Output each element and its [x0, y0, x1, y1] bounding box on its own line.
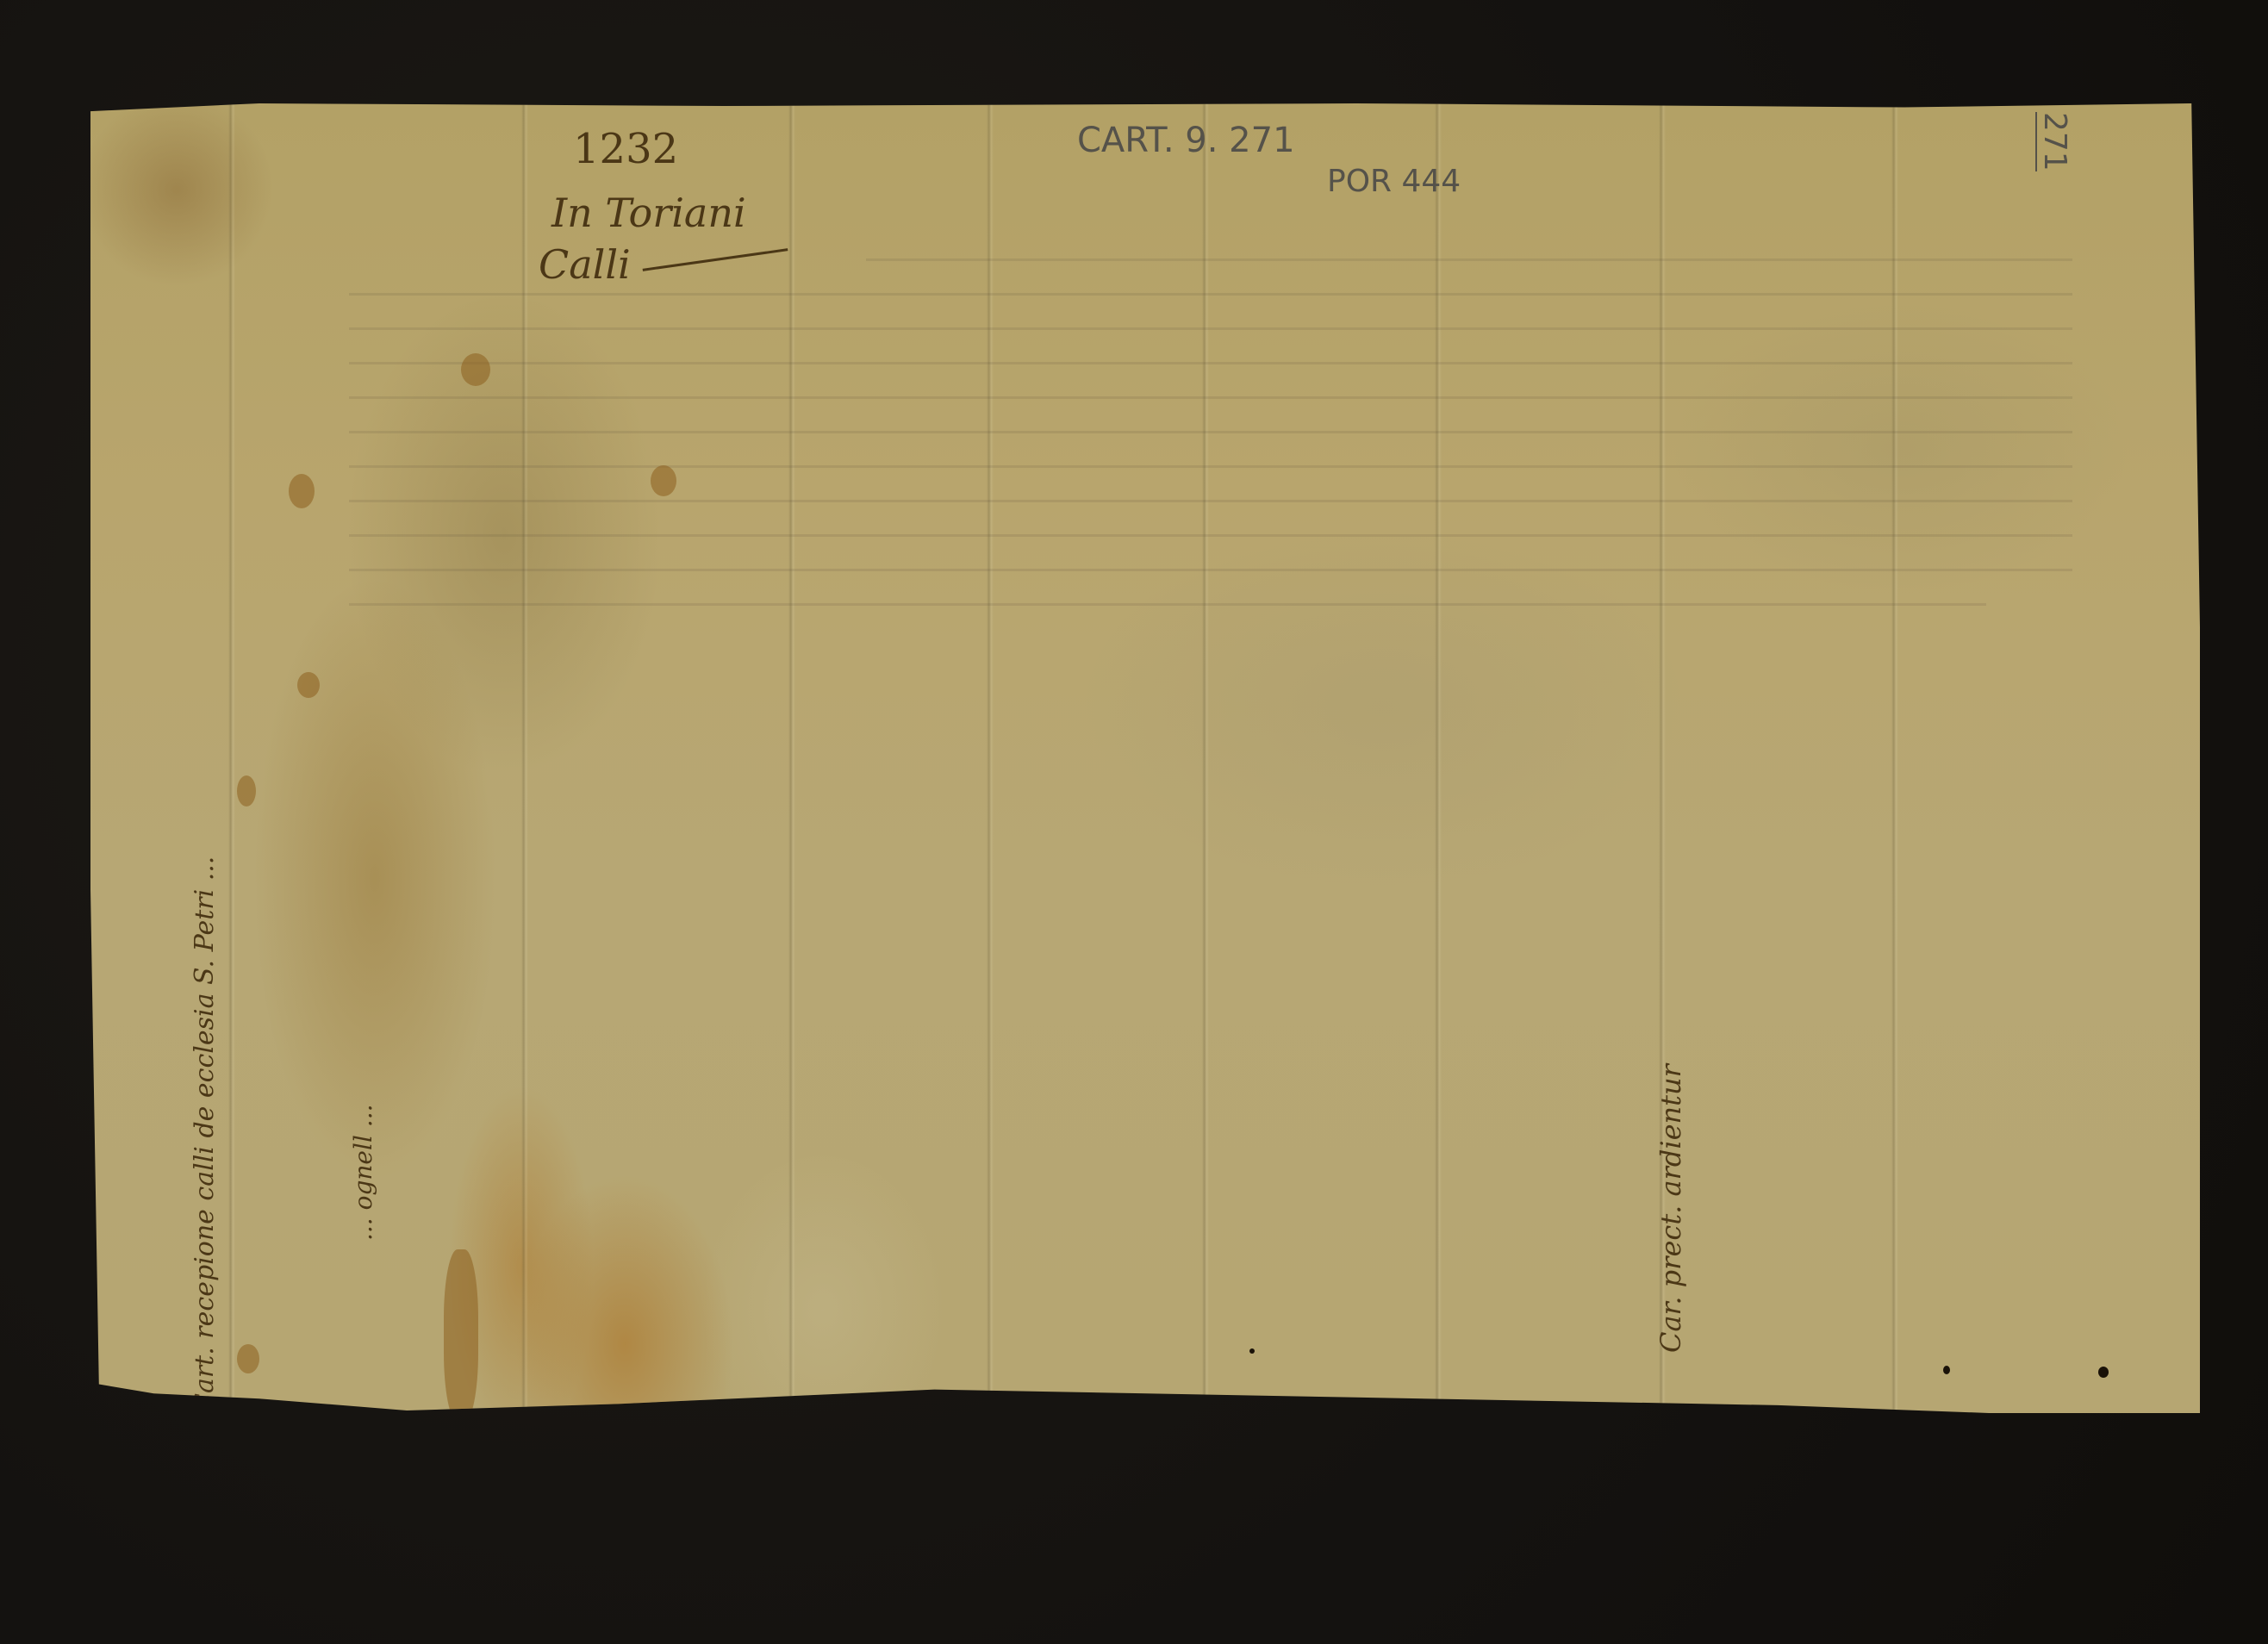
ink-flourish: [643, 248, 788, 271]
showthrough-line: [349, 465, 2072, 468]
showthrough-line: [349, 431, 2072, 433]
showthrough-line: [349, 396, 2072, 399]
fold-line: [1435, 103, 1442, 1413]
archival-title-line2: Calli: [539, 241, 631, 288]
inner-margin-note: ... ognell ...: [349, 1105, 377, 1242]
showthrough-line: [349, 569, 2072, 571]
fold-line: [521, 103, 528, 1413]
folio-number: 271: [2035, 112, 2072, 171]
stain: [289, 474, 315, 508]
fold-line: [228, 103, 235, 1413]
wormhole: [1249, 1348, 1255, 1354]
collection-code: POR 444: [1327, 164, 1461, 199]
shelfmark: CART. 9. 271: [1077, 121, 1295, 160]
fold-line: [1891, 103, 1898, 1413]
center-note: Car. prect. ardientur: [1654, 1064, 1687, 1353]
wormhole: [2098, 1367, 2109, 1378]
parchment-sheet: 1232 In Toriani Calli CART. 9. 271 POR 4…: [90, 103, 2200, 1413]
left-margin-note: Cart. recepione calli de ecclesia S. Pet…: [190, 856, 220, 1413]
stain: [461, 353, 490, 386]
year-annotation: 1232: [573, 125, 678, 173]
stain: [651, 465, 676, 496]
showthrough-line: [866, 258, 2072, 261]
showthrough-line: [349, 500, 2072, 502]
fold-line: [788, 103, 795, 1413]
fold-line: [1202, 103, 1209, 1413]
stain: [297, 672, 320, 698]
showthrough-line: [349, 293, 2072, 296]
stain: [237, 1344, 259, 1373]
fold-line: [987, 103, 994, 1413]
wormhole: [1943, 1366, 1950, 1374]
showthrough-line: [349, 603, 1986, 606]
stain: [237, 775, 256, 806]
showthrough-line: [349, 534, 2072, 537]
stain: [444, 1249, 478, 1422]
archival-title-line1: In Toriani: [551, 190, 746, 236]
paper-tear: [573, 1448, 594, 1499]
showthrough-line: [349, 327, 2072, 330]
showthrough-line: [349, 362, 2072, 364]
